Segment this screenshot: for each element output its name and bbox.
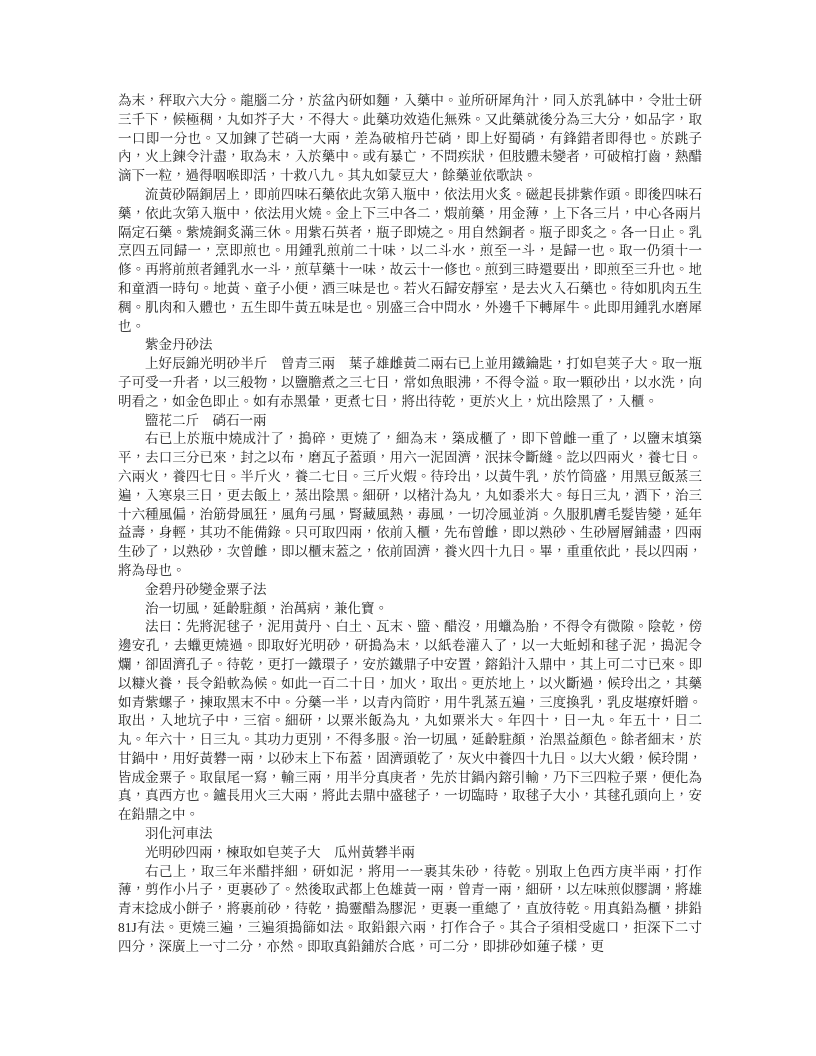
ingredient-line-guhua-xiaoshi: 盬花二斤 硝石一兩 (118, 412, 702, 431)
paragraph-zijin-method: 右已上於瓶中燒成汁了，搗碎，更燒了，細為末，築成櫃了，即下曾雌一重了，以鹽末填築… (118, 430, 702, 580)
section-title-zijin-dansha: 紫金丹砂法 (118, 336, 702, 355)
paragraph-jinbi-indications: 治一切風，延齡駐顏，治萬病，兼化寶。 (118, 600, 702, 619)
paragraph-continuation: 為末，秤取六大分。龍腦二分，於盆內研如麵，入藥中。並所研犀角汁，同入於乳缽中，令… (118, 92, 702, 186)
paragraph-jinbi-method: 法曰：先將泥毬子，泥用黃丹、白土、瓦末、盬、醋沒，用蠟為胎，不得令有微隙。陰乾，… (118, 618, 702, 825)
paragraph-yuhua-method: 右己上，取三年米醋拌細，研如泥，將用一一裹其朱砂，待乾。別取上色西方庚半兩，打作… (118, 863, 702, 957)
ingredient-line-guangmingsha-huangfan: 光明砂四兩，楝取如皂荚子大 瓜州黃礬半兩 (118, 844, 702, 863)
document-page: 為末，秤取六大分。龍腦二分，於盆內研如麵，入藥中。並所研犀角汁，同入於乳缽中，令… (0, 0, 816, 1056)
paragraph-zijin-ingredients-method: 上好辰錦光明砂半斤 曾青三兩 葉子雄雌黃二兩右已上並用鐵鑰匙，打如皂荚子大。取一… (118, 355, 702, 411)
section-title-yuhua-heche: 羽化河車法 (118, 825, 702, 844)
text-block: 為末，秤取六大分。龍腦二分，於盆內研如麵，入藥中。並所研犀角汁，同入於乳缽中，令… (118, 92, 702, 957)
paragraph-sulphur-sand-notes: 流黃砂隔銅居上，即前四味石藥依此次第入瓶中，依法用火炙。磁起長排紫作頭。即後四味… (118, 186, 702, 336)
section-title-jinbi-dansha: 金碧丹砂變金粟子法 (118, 581, 702, 600)
